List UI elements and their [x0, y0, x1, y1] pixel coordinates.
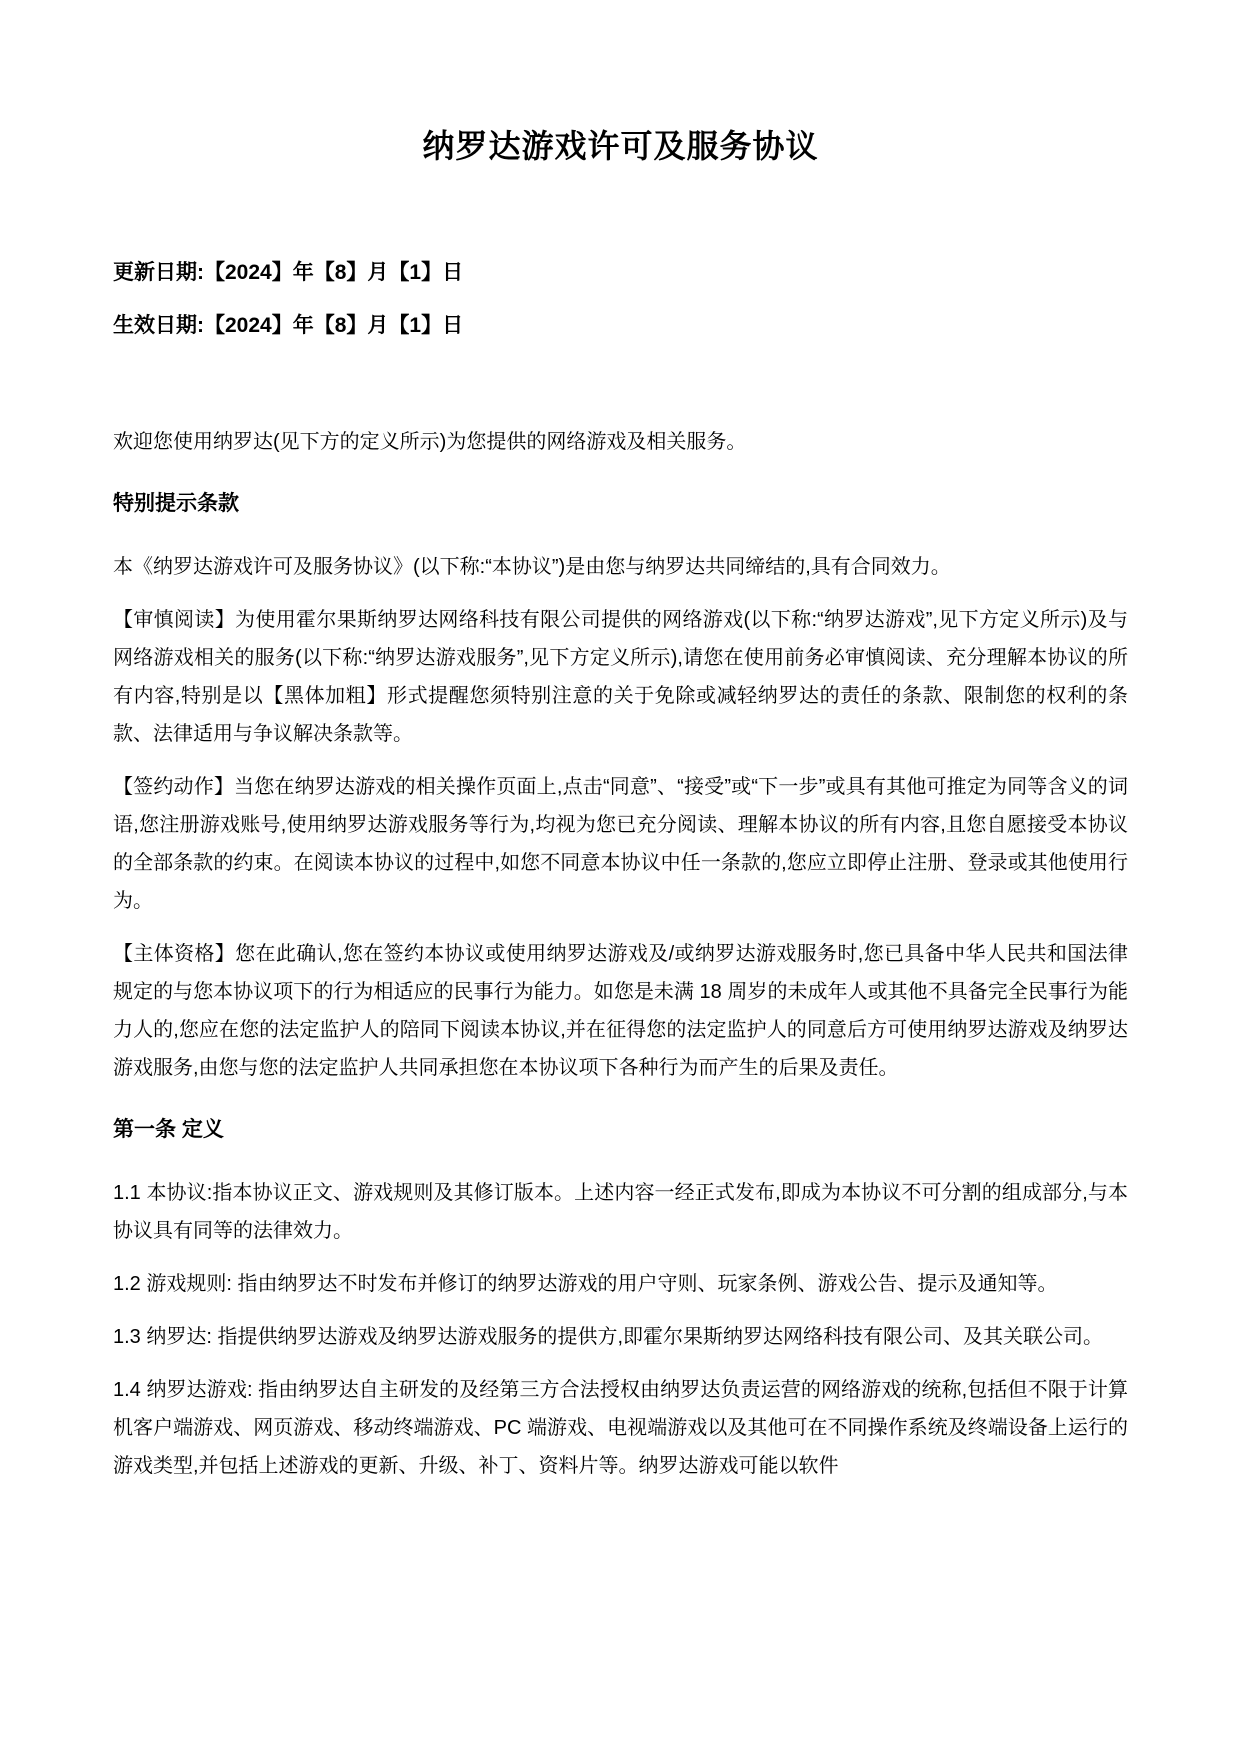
- doc-paragraph: 1.3 纳罗达: 指提供纳罗达游戏及纳罗达游戏服务的提供方,即霍尔果斯纳罗达网络…: [113, 1318, 1128, 1356]
- doc-paragraph: 1.1 本协议:指本协议正文、游戏规则及其修订版本。上述内容一经正式发布,即成为…: [113, 1174, 1128, 1250]
- doc-paragraph: 欢迎您使用纳罗达(见下方的定义所示)为您提供的网络游戏及相关服务。: [113, 423, 1128, 461]
- doc-heading: 特别提示条款: [113, 489, 1128, 519]
- doc-paragraph: 【审慎阅读】为使用霍尔果斯纳罗达网络科技有限公司提供的网络游戏(以下称:“纳罗达…: [113, 601, 1128, 753]
- doc-paragraph: 【主体资格】您在此确认,您在签约本协议或使用纳罗达游戏及/或纳罗达游戏服务时,您…: [113, 935, 1128, 1087]
- doc-date: 更新日期:【2024】年【8】月【1】日: [113, 258, 1128, 288]
- doc-paragraph: 【签约动作】当您在纳罗达游戏的相关操作页面上,点击“同意”、“接受”或“下一步”…: [113, 768, 1128, 920]
- doc-paragraph: 1.2 游戏规则: 指由纳罗达不时发布并修订的纳罗达游戏的用户守则、玩家条例、游…: [113, 1265, 1128, 1303]
- doc-date: 生效日期:【2024】年【8】月【1】日: [113, 311, 1128, 341]
- doc-title: 纳罗达游戏许可及服务协议: [113, 126, 1128, 166]
- document-content: 纳罗达游戏许可及服务协议更新日期:【2024】年【8】月【1】日生效日期:【20…: [113, 126, 1128, 1485]
- document-page: 纳罗达游戏许可及服务协议更新日期:【2024】年【8】月【1】日生效日期:【20…: [0, 0, 1240, 1754]
- doc-paragraph: 1.4 纳罗达游戏: 指由纳罗达自主研发的及经第三方合法授权由纳罗达负责运营的网…: [113, 1371, 1128, 1485]
- doc-heading: 第一条 定义: [113, 1115, 1128, 1145]
- doc-paragraph: 本《纳罗达游戏许可及服务协议》(以下称:“本协议”)是由您与纳罗达共同缔结的,具…: [113, 548, 1128, 586]
